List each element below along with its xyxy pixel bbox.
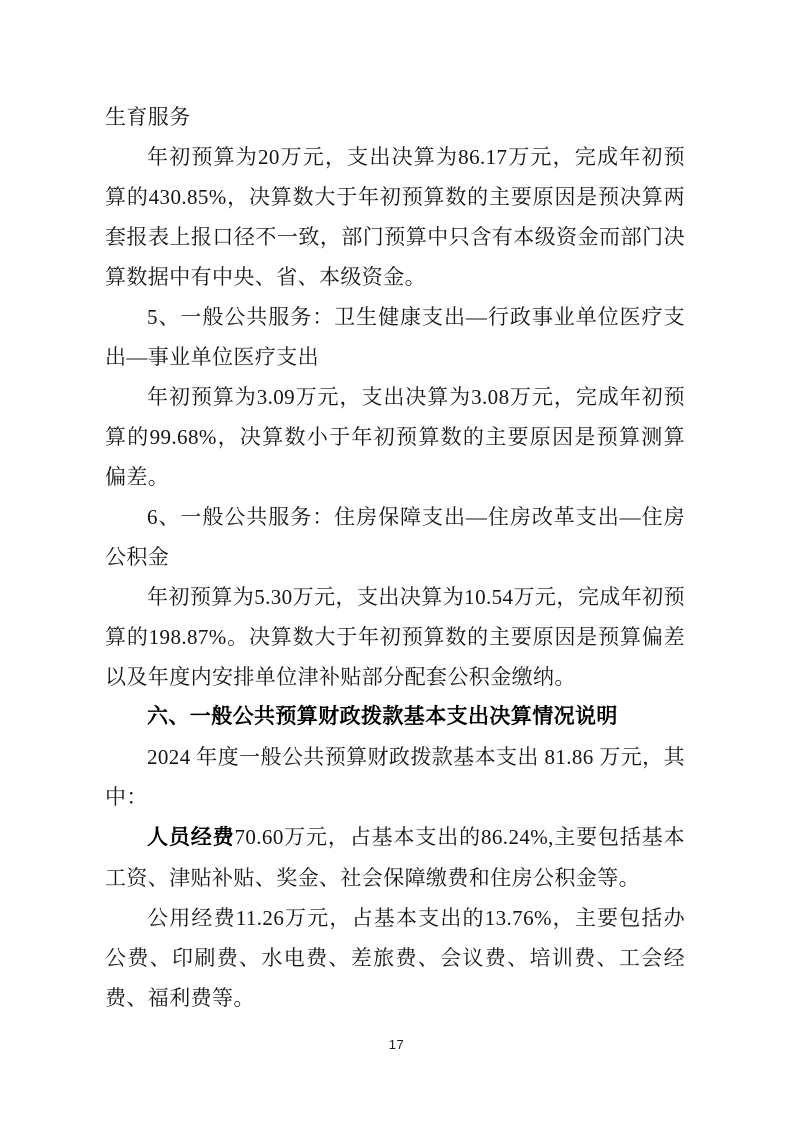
paragraph-public-funds: 公用经费11.26万元，占基本支出的13.76%，主要包括办公费、印刷费、水电费… (105, 898, 685, 1018)
paragraph-continuation: 生育服务 (105, 97, 685, 137)
paragraph-item5-detail: 年初预算为3.09万元，支出决算为3.08万元，完成年初预算的99.68%，决算… (105, 377, 685, 497)
paragraph-basic-expenditure-total: 2024 年度一般公共预算财政拨款基本支出 81.86 万元，其中： (105, 737, 685, 817)
personnel-funds-bold-lead: 人员经费 (147, 826, 234, 849)
page-footer: 17 (0, 1036, 793, 1054)
paragraph-item6-title: 6、一般公共服务：住房保障支出—住房改革支出—住房公积金 (105, 497, 685, 577)
document-body: 生育服务 年初预算为20万元，支出决算为86.17万元，完成年初预算的430.8… (105, 97, 685, 1018)
paragraph-item5-title: 5、一般公共服务：卫生健康支出—行政事业单位医疗支出—事业单位医疗支出 (105, 297, 685, 377)
document-page: 生育服务 年初预算为20万元，支出决算为86.17万元，完成年初预算的430.8… (0, 0, 793, 1122)
paragraph-item6-detail: 年初预算为5.30万元，支出决算为10.54万元，完成年初预算的198.87%。… (105, 577, 685, 697)
paragraph-personnel-funds: 人员经费70.60万元，占基本支出的86.24%,主要包括基本工资、津贴补贴、奖… (105, 817, 685, 898)
section-six-heading: 六、一般公共预算财政拨款基本支出决算情况说明 (105, 697, 685, 737)
paragraph-item4-detail: 年初预算为20万元，支出决算为86.17万元，完成年初预算的430.85%，决算… (105, 137, 685, 297)
page-number: 17 (389, 1037, 404, 1052)
